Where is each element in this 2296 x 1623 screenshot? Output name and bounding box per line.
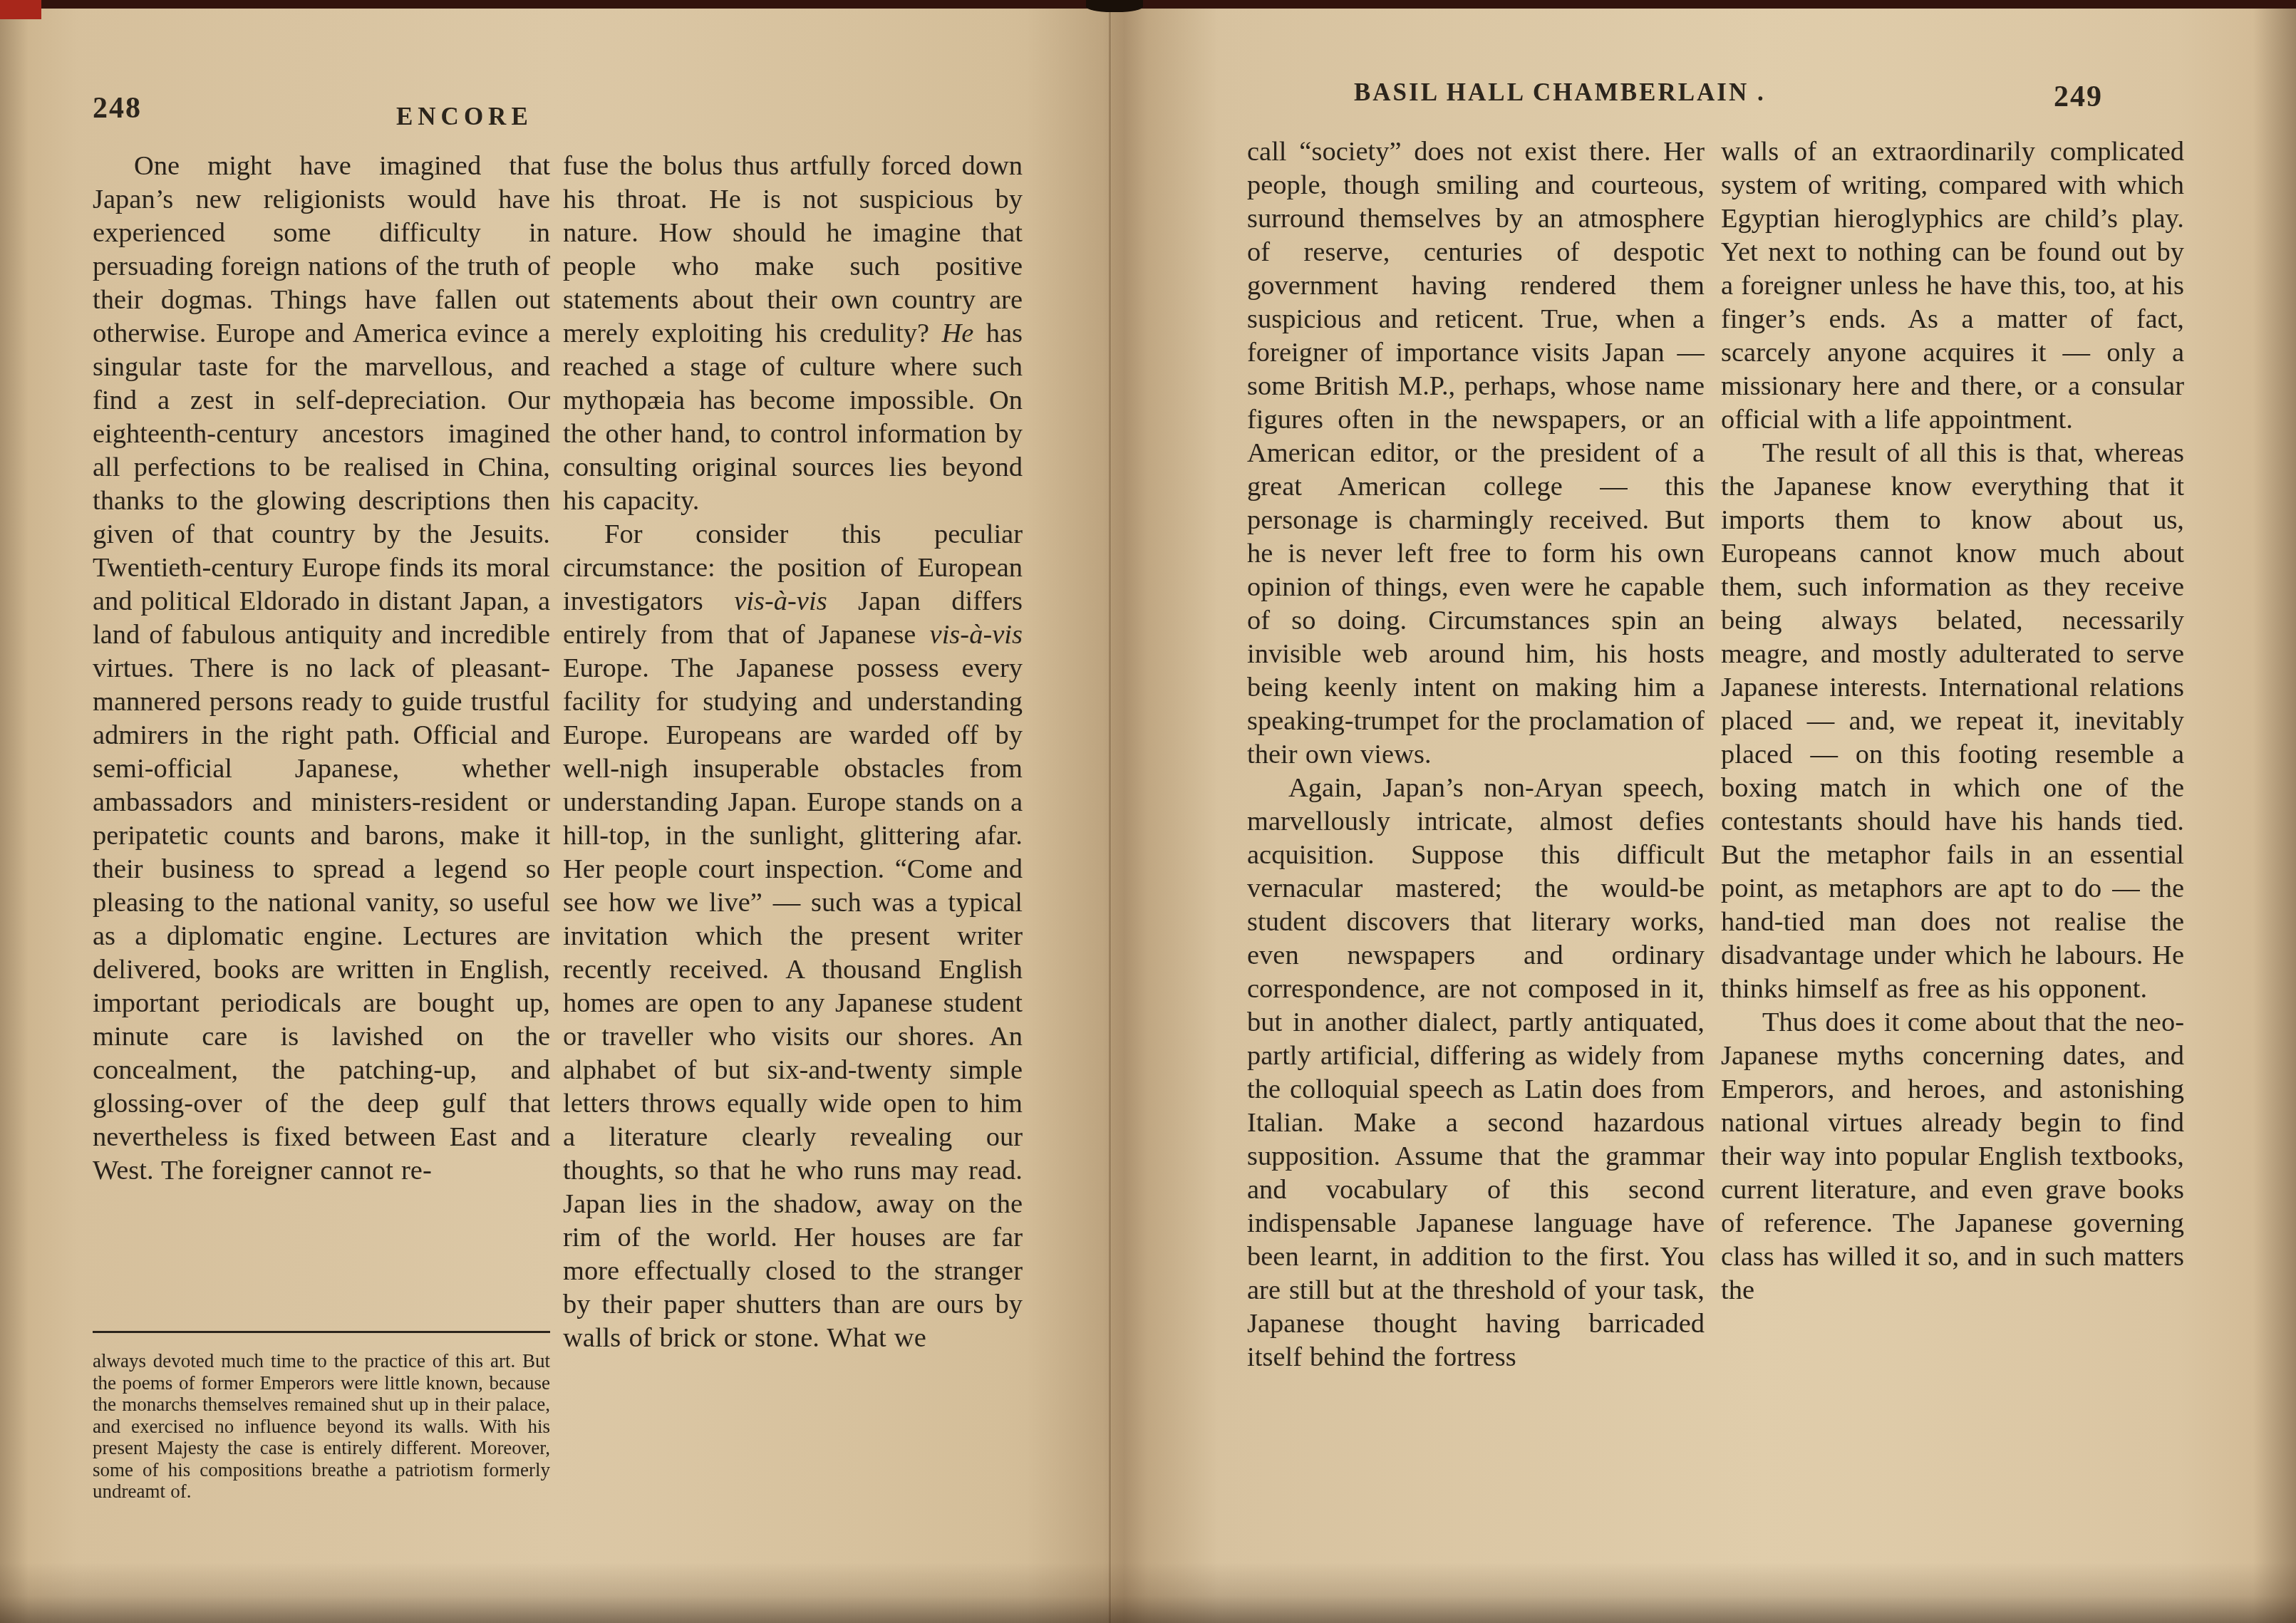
running-header-right: BASIL HALL CHAMBERLAIN .: [1354, 78, 1766, 107]
binding-notch: [1086, 0, 1143, 12]
page-right: BASIL HALL CHAMBERLAIN . 249 call “socie…: [1112, 0, 2296, 1623]
paragraph: The result of all this is that, whereas …: [1721, 437, 2184, 1006]
text-column-1: One might have imagined that Japan’s new…: [93, 150, 550, 1327]
text-column-2: fuse the bolus thus artfully forced down…: [563, 150, 1023, 1529]
gutter-crease: [1109, 0, 1111, 1623]
paragraph: One might have imagined that Japan’s new…: [93, 150, 550, 1188]
right-edge-shadow: [2253, 0, 2296, 1623]
paragraph: always devoted much time to the practice…: [93, 1350, 550, 1503]
paragraph: Thus does it come about that the neo-Jap…: [1721, 1006, 2184, 1307]
page-left: 248 ENCORE One might have imagined that …: [0, 0, 1112, 1623]
text-column-3: call “society” does not exist there. Her…: [1247, 135, 1705, 1515]
paragraph: call “society” does not exist there. Her…: [1247, 135, 1705, 772]
page-number-right: 249: [2054, 80, 2103, 114]
cover-top-edge: [0, 0, 2296, 9]
page-number-left: 248: [93, 91, 142, 125]
text-column-4: walls of an extraordinarily complicated …: [1721, 135, 2184, 1515]
bottom-edge-shadow: [0, 1562, 2296, 1623]
paragraph: Again, Japan’s non-Aryan speech, marvell…: [1247, 772, 1705, 1374]
footnote-text: always devoted much time to the practice…: [93, 1350, 550, 1503]
footnote: always devoted much time to the practice…: [93, 1331, 550, 1503]
paragraph: For consider this peculiar circumstance:…: [563, 518, 1023, 1355]
cover-red-corner: [0, 0, 41, 19]
gutter-shadow: [1026, 0, 1219, 1623]
paragraph: walls of an extraordinarily complicated …: [1721, 135, 2184, 437]
footnote-rule: [93, 1331, 550, 1333]
paragraph: fuse the bolus thus artfully forced down…: [563, 150, 1023, 518]
book-spread: 248 ENCORE One might have imagined that …: [0, 0, 2296, 1623]
left-edge-shadow: [0, 0, 29, 1623]
running-header-left: ENCORE: [396, 103, 533, 131]
